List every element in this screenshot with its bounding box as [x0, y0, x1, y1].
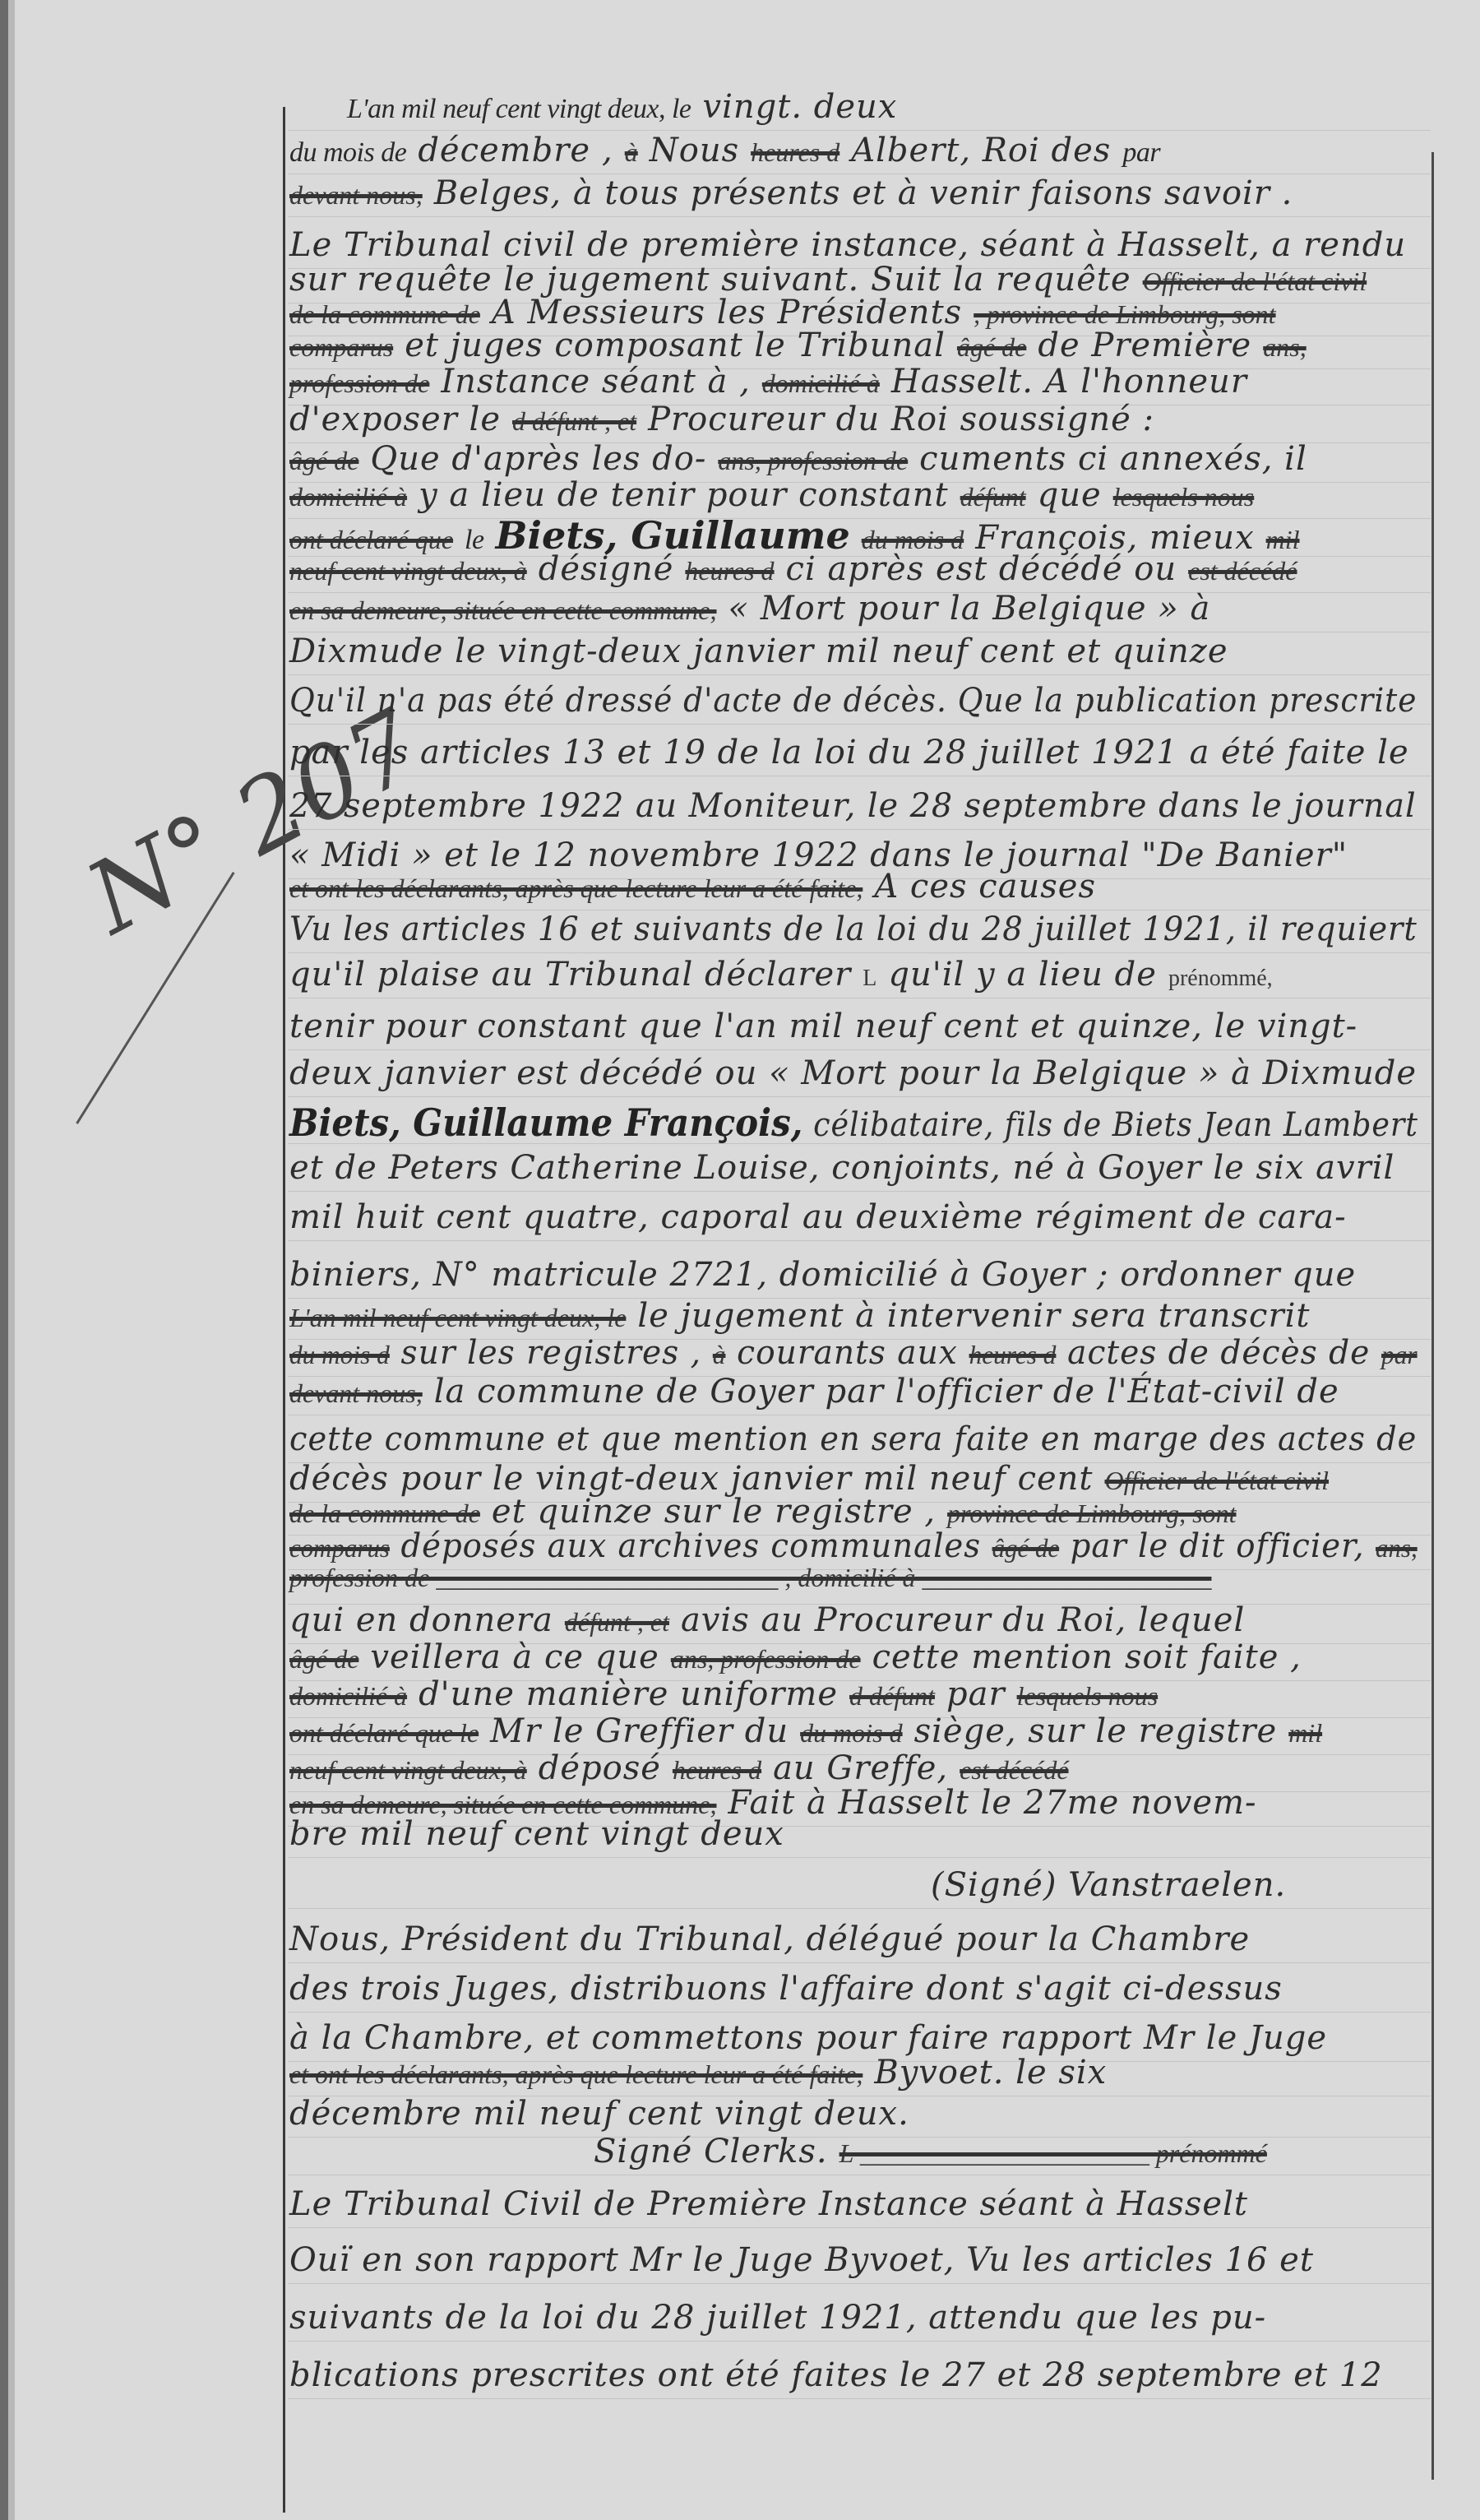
ruled-line: [288, 1962, 1431, 1963]
handwritten-text: avis au Procureur du Roi, lequel: [681, 1604, 1245, 1637]
handwritten-text: vingt. deux: [703, 90, 898, 123]
document-line: du mois dsur les registres ,àcourants au…: [289, 1336, 1404, 1369]
handwritten-text: cette mention soit faite ,: [872, 1641, 1302, 1674]
handwritten-text: Le Tribunal civil de première instance, …: [289, 229, 1406, 262]
ruled-line: [288, 1415, 1431, 1415]
handwritten-text: A ces causes: [874, 870, 1096, 903]
document-line: comparuset juges composant le Tribunalâg…: [289, 329, 1428, 362]
ruled-line: [288, 1191, 1431, 1192]
struck-text: d défunt: [849, 1683, 935, 1709]
document-line: devant nous,la commune de Goyer par l'of…: [289, 1375, 1428, 1408]
handwritten-text: d'une manière uniforme: [419, 1678, 838, 1711]
document-line: biniers, N° matricule 2721, domicilié à …: [289, 1258, 1428, 1291]
struck-text: devant nous,: [289, 1380, 423, 1406]
handwritten-text: ci après est décédé ou: [786, 553, 1177, 586]
handwritten-text: biniers, N° matricule 2721, domicilié à …: [289, 1258, 1356, 1291]
struck-text: L ______________________ prénommé: [839, 2140, 1267, 2166]
document-line: et de Peters Catherine Louise, conjoints…: [289, 1151, 1428, 1184]
document-line: Le Tribunal Civil de Première Instance s…: [289, 2188, 1428, 2221]
struck-text: de la commune de: [289, 301, 480, 327]
struck-text: domicilié à: [762, 370, 880, 396]
document-line: à la Chambre, et commettons pour faire r…: [289, 2022, 1428, 2054]
handwritten-text: suivants de la loi du 28 juillet 1921, a…: [289, 2301, 1266, 2334]
handwritten-text: Fait à Hasselt le 27me novem-: [728, 1786, 1257, 1819]
document-line: tenir pour constant que l'an mil neuf ce…: [289, 1010, 1428, 1043]
struck-text: et ont les déclarants, après que lecture…: [289, 2061, 863, 2087]
handwritten-text: (Signé) Vanstraelen.: [931, 1869, 1286, 1902]
ruled-line: [288, 1908, 1431, 1909]
document-line: sur requête le jugement suivant. Suit la…: [289, 263, 1428, 296]
handwritten-text: qui en donnera: [289, 1604, 553, 1637]
document-line: Qu'il n'a pas été dressé d'acte de décès…: [289, 684, 1357, 717]
page-shadow: [8, 0, 15, 2520]
handwritten-text: au Greffe,: [773, 1752, 948, 1785]
handwritten-text: à la Chambre, et commettons pour faire r…: [289, 2022, 1327, 2054]
struck-text: par: [1381, 1341, 1418, 1368]
handwritten-text: y a lieu de tenir pour constant: [419, 479, 949, 512]
page-binding-edge: [0, 0, 8, 2520]
struck-text: du mois d: [289, 1341, 390, 1368]
struck-text: ans,: [1263, 334, 1306, 360]
struck-text: d défunt , et: [512, 408, 636, 434]
handwritten-text: Procureur du Roi soussigné :: [648, 403, 1154, 436]
struck-text: âgé de: [957, 334, 1026, 360]
handwritten-text: Biets, Guillaume François,: [289, 1104, 802, 1142]
handwritten-text: siège, sur le registre: [914, 1715, 1278, 1748]
struck-text: neuf cent vingt deux, à: [289, 1757, 527, 1783]
ruled-line: [288, 674, 1431, 675]
handwritten-text: Que d'après les do-: [370, 442, 706, 475]
ruled-line: [288, 1049, 1431, 1050]
struck-text: défunt , et: [565, 1609, 669, 1635]
struck-text: ont déclaré que: [289, 526, 453, 553]
ruled-line: [288, 1096, 1431, 1097]
handwritten-text: et juges composant le Tribunal: [405, 329, 946, 362]
document-line: suivants de la loi du 28 juillet 1921, a…: [289, 2301, 1428, 2334]
struck-text: ans, profession de: [718, 447, 908, 474]
document-line: 27 septembre 1922 au Moniteur, le 28 sep…: [289, 790, 1418, 822]
handwritten-text: actes de décès de: [1067, 1336, 1370, 1369]
struck-text: Officier de l'état civil: [1104, 1467, 1329, 1494]
ruled-line: [288, 776, 1431, 776]
handwritten-text: par: [946, 1678, 1006, 1711]
handwritten-text: François, mieux: [975, 521, 1254, 554]
document-line: mil huit cent quatre, caporal au deuxièm…: [289, 1201, 1428, 1234]
struck-text: est décédé: [1188, 558, 1297, 584]
struck-text: à: [625, 139, 638, 165]
handwritten-text: des trois Juges, distribuons l'affaire d…: [289, 1972, 1283, 2005]
handwritten-text: Nous, Président du Tribunal, délégué pou…: [289, 1923, 1250, 1956]
struck-text: du mois d: [800, 1720, 902, 1746]
printed-text: par: [1122, 139, 1160, 167]
document-line: domicilié ày a lieu de tenir pour consta…: [289, 479, 1428, 512]
printed-text: prénommé,: [1168, 967, 1273, 990]
document-line: et ont les déclarants, après que lecture…: [289, 2056, 1428, 2089]
document-line: deux janvier est décédé ou « Mort pour l…: [289, 1057, 1428, 1090]
handwritten-text: déposé: [539, 1752, 661, 1785]
handwritten-text: Le Tribunal Civil de Première Instance s…: [289, 2188, 1248, 2221]
handwritten-text: Biets, Guillaume: [496, 517, 850, 554]
handwritten-text: blications prescrites ont été faites le …: [289, 2359, 1383, 2392]
document-line: « Midi » et le 12 novembre 1922 dans le …: [289, 839, 1428, 872]
handwritten-text: cuments ci annexés, il: [919, 442, 1307, 475]
handwritten-text: A Messieurs les Présidents: [492, 296, 962, 329]
document-line: en sa demeure, située en cette commune,F…: [289, 1786, 1428, 1819]
handwritten-text: sur les registres ,: [401, 1336, 702, 1369]
document-line: par les articles 13 et 19 de la loi du 2…: [289, 736, 1428, 769]
struck-text: heures d: [751, 139, 839, 165]
struck-text: en sa demeure, située en cette commune,: [289, 1791, 717, 1818]
handwritten-text: et de Peters Catherine Louise, conjoints…: [289, 1151, 1394, 1184]
struck-text: du mois d: [862, 526, 964, 553]
document-line: décès pour le vingt-deux janvier mil neu…: [289, 1462, 1428, 1495]
printed-text: L'an mil neuf cent vingt deux, le: [347, 95, 691, 123]
handwritten-text: désigné: [539, 553, 674, 586]
handwritten-text: « Midi » et le 12 novembre 1922 dans le …: [289, 839, 1348, 872]
struck-text: ans,: [1376, 1535, 1418, 1561]
document-line: qui en donneradéfunt , etavis au Procure…: [289, 1604, 1428, 1637]
struck-text: comparus: [289, 1535, 390, 1561]
document-line: Nous, Président du Tribunal, délégué pou…: [289, 1923, 1428, 1956]
document-line: devant nous,Belges, à tous présents et à…: [289, 177, 1428, 210]
ruled-line: [288, 998, 1431, 998]
struck-text: en sa demeure, située en cette commune,: [289, 597, 717, 623]
handwritten-text: bre mil neuf cent vingt deux: [289, 1818, 784, 1851]
handwritten-text: qu'il y a lieu de: [888, 958, 1157, 991]
struck-text: lesquels nous: [1017, 1683, 1159, 1709]
handwritten-text: Ouï en son rapport Mr le Juge Byvoet, Vu…: [289, 2244, 1314, 2277]
handwritten-text: qu'il plaise au Tribunal déclarer: [289, 958, 851, 991]
printed-text: L: [863, 967, 876, 990]
document-line: en sa demeure, située en cette commune,«…: [289, 592, 1428, 625]
document-line: profession de __________________________…: [289, 1564, 1428, 1591]
handwritten-text: célibataire, fils de Biets Jean Lambert: [813, 1109, 1418, 1142]
handwritten-text: décès pour le vingt-deux janvier mil neu…: [289, 1462, 1093, 1495]
document-line: qu'il plaise au Tribunal déclarerLqu'il …: [289, 958, 1428, 991]
document-line: Le Tribunal civil de première instance, …: [289, 229, 1428, 262]
document-line: décembre mil neuf cent vingt deux.: [289, 2097, 1428, 2130]
struck-text: mil: [1266, 526, 1300, 553]
handwritten-text: veillera à ce que: [370, 1641, 659, 1674]
page-left-border: [283, 107, 285, 2513]
document-line: Signé Clerks.L ______________________ pr…: [289, 2135, 1428, 2168]
ruled-line: [288, 952, 1431, 953]
handwritten-text: que: [1038, 479, 1102, 512]
handwritten-text: de Première: [1038, 329, 1251, 362]
ruled-line: [288, 2283, 1431, 2284]
document-line: (Signé) Vanstraelen.: [289, 1869, 1428, 1902]
ruled-line: [288, 1857, 1431, 1858]
ruled-line: [288, 1240, 1431, 1241]
handwritten-text: Mr le Greffier du: [490, 1715, 789, 1748]
document-line: bre mil neuf cent vingt deux: [289, 1818, 1428, 1851]
handwritten-text: cette commune et que mention en sera fai…: [289, 1423, 1417, 1456]
ruled-line: [288, 2398, 1431, 2399]
struck-text: âgé de: [289, 447, 358, 474]
struck-text: et ont les déclarants, après que lecture…: [289, 875, 863, 901]
document-line: de la commune deA Messieurs les Présiden…: [289, 296, 1428, 329]
handwritten-text: Byvoet. le six: [874, 2056, 1107, 2089]
handwritten-text: sur requête le jugement suivant. Suit la…: [289, 263, 1131, 296]
document-line: Biets, Guillaume François,célibataire, f…: [289, 1104, 1328, 1142]
document-line: neuf cent vingt deux, àdésignéheures dci…: [289, 553, 1428, 586]
document-line: neuf cent vingt deux, àdéposéheures dau …: [289, 1752, 1428, 1785]
struck-text: défunt: [960, 484, 1026, 510]
ruled-line: [288, 2227, 1431, 2228]
document-line: de la commune deet quinze sur le registr…: [289, 1495, 1428, 1528]
struck-text: est décédé: [960, 1757, 1068, 1783]
document-line: Dixmude le vingt-deux janvier mil neuf c…: [289, 635, 1428, 668]
handwritten-text: 27 septembre 1922 au Moniteur, le 28 sep…: [289, 790, 1417, 822]
document-line: ont déclaré que leMr le Greffier dudu mo…: [289, 1715, 1428, 1748]
handwritten-text: deux janvier est décédé ou « Mort pour l…: [289, 1057, 1417, 1090]
printed-text: le: [465, 526, 484, 554]
document-line: Vu les articles 16 et suivants de la loi…: [289, 913, 1383, 946]
struck-text: Officier de l'état civil: [1143, 268, 1367, 294]
struck-text: âgé de: [289, 1646, 358, 1672]
document-line: blications prescrites ont été faites le …: [289, 2359, 1428, 2392]
document-line: âgé deQue d'après les do-ans, profession…: [289, 442, 1428, 475]
struck-text: profession de: [289, 370, 429, 396]
handwritten-text: par les articles 13 et 19 de la loi du 2…: [289, 736, 1409, 769]
handwritten-text: le jugement à intervenir sera transcrit: [637, 1299, 1310, 1332]
struck-text: devant nous,: [289, 182, 423, 208]
handwritten-text: mil huit cent quatre, caporal au deuxièm…: [289, 1201, 1347, 1234]
ruled-line: [288, 2175, 1431, 2175]
ruled-line: [288, 829, 1431, 830]
ruled-line: [288, 216, 1431, 217]
struck-text: âgé de: [992, 1535, 1060, 1561]
struck-text: domicilié à: [289, 484, 407, 510]
ruled-line: [288, 2341, 1431, 2342]
document-line: et ont les déclarants, après que lecture…: [289, 870, 1428, 903]
document-line: Ouï en son rapport Mr le Juge Byvoet, Vu…: [289, 2244, 1428, 2277]
document-line: domicilié àd'une manière uniformed défun…: [289, 1678, 1428, 1711]
document-line: des trois Juges, distribuons l'affaire d…: [289, 1972, 1428, 2005]
document-line: d'exposer led défunt , etProcureur du Ro…: [289, 403, 1428, 436]
document-line: cette commune et que mention en sera fai…: [289, 1423, 1381, 1456]
handwritten-text: déposés aux archives communales: [400, 1530, 981, 1563]
handwritten-text: ,: [602, 134, 613, 167]
struck-text: de la commune de: [289, 1500, 480, 1526]
handwritten-text: décembre mil neuf cent vingt deux.: [289, 2097, 909, 2130]
struck-text: province de Limbourg, sont: [947, 1500, 1236, 1526]
handwritten-text: Albert, Roi des: [851, 134, 1111, 167]
handwritten-text: courants aux: [737, 1336, 958, 1369]
struck-text: mil: [1288, 1720, 1322, 1746]
struck-text: profession de __________________________…: [289, 1564, 1211, 1591]
handwritten-text: Qu'il n'a pas été dressé d'acte de décès…: [289, 684, 1417, 717]
handwritten-text: et quinze sur le registre ,: [492, 1495, 936, 1528]
handwritten-text: Instance séant à ,: [441, 365, 750, 398]
document-line: du mois dedécembre, àNousheures dAlbert,…: [289, 134, 1428, 167]
document-line: ont déclaré queleBiets, Guillaumedu mois…: [289, 517, 1428, 554]
struck-text: domicilié à: [289, 1683, 407, 1709]
document-line: âgé deveillera à ce queans, profession d…: [289, 1641, 1428, 1674]
ruled-line: [288, 724, 1431, 725]
struck-text: heures d: [685, 558, 774, 584]
handwritten-text: Nous: [650, 134, 739, 167]
handwritten-text: tenir pour constant que l'an mil neuf ce…: [289, 1010, 1357, 1043]
document-line: profession deInstance séant à ,domicilié…: [289, 365, 1428, 398]
struck-text: ont déclaré que le: [289, 1720, 479, 1746]
struck-text: ans, profession de: [671, 1646, 861, 1672]
handwritten-text: d'exposer le: [289, 403, 501, 436]
handwritten-text: Dixmude le vingt-deux janvier mil neuf c…: [289, 635, 1228, 668]
handwritten-text: Belges, à tous présents et à venir faiso…: [434, 177, 1293, 210]
document-line: L'an mil neuf cent vingt deux, lele juge…: [289, 1299, 1428, 1332]
handwritten-text: Vu les articles 16 et suivants de la loi…: [289, 913, 1418, 946]
printed-text: du mois de: [289, 139, 406, 167]
handwritten-text: la commune de Goyer par l'officier de l'…: [434, 1375, 1339, 1408]
struck-text: heures d: [969, 1341, 1057, 1368]
handwritten-text: « Mort pour la Belgique » à: [728, 592, 1211, 625]
page-right-border: [1431, 152, 1434, 2480]
ruled-line: [288, 130, 1431, 131]
struck-text: heures d: [673, 1757, 761, 1783]
struck-text: neuf cent vingt deux, à: [289, 558, 527, 584]
handwritten-text: Signé Clerks.: [594, 2135, 828, 2168]
struck-text: L'an mil neuf cent vingt deux, le: [289, 1304, 626, 1331]
handwritten-text: par le dit officier,: [1071, 1530, 1365, 1563]
struck-text: , province de Limbourg, sont: [974, 301, 1275, 327]
struck-text: lesquels nous: [1113, 484, 1255, 510]
handwritten-text: décembre: [418, 134, 590, 167]
ruled-line: [288, 2012, 1431, 2013]
document-line: comparusdéposés aux archives communalesâ…: [289, 1530, 1390, 1563]
struck-text: comparus: [289, 334, 393, 360]
struck-text: à: [713, 1341, 726, 1368]
handwritten-text: Hasselt. A l'honneur: [891, 365, 1247, 398]
document-line: L'an mil neuf cent vingt deux, levingt. …: [289, 90, 1428, 123]
